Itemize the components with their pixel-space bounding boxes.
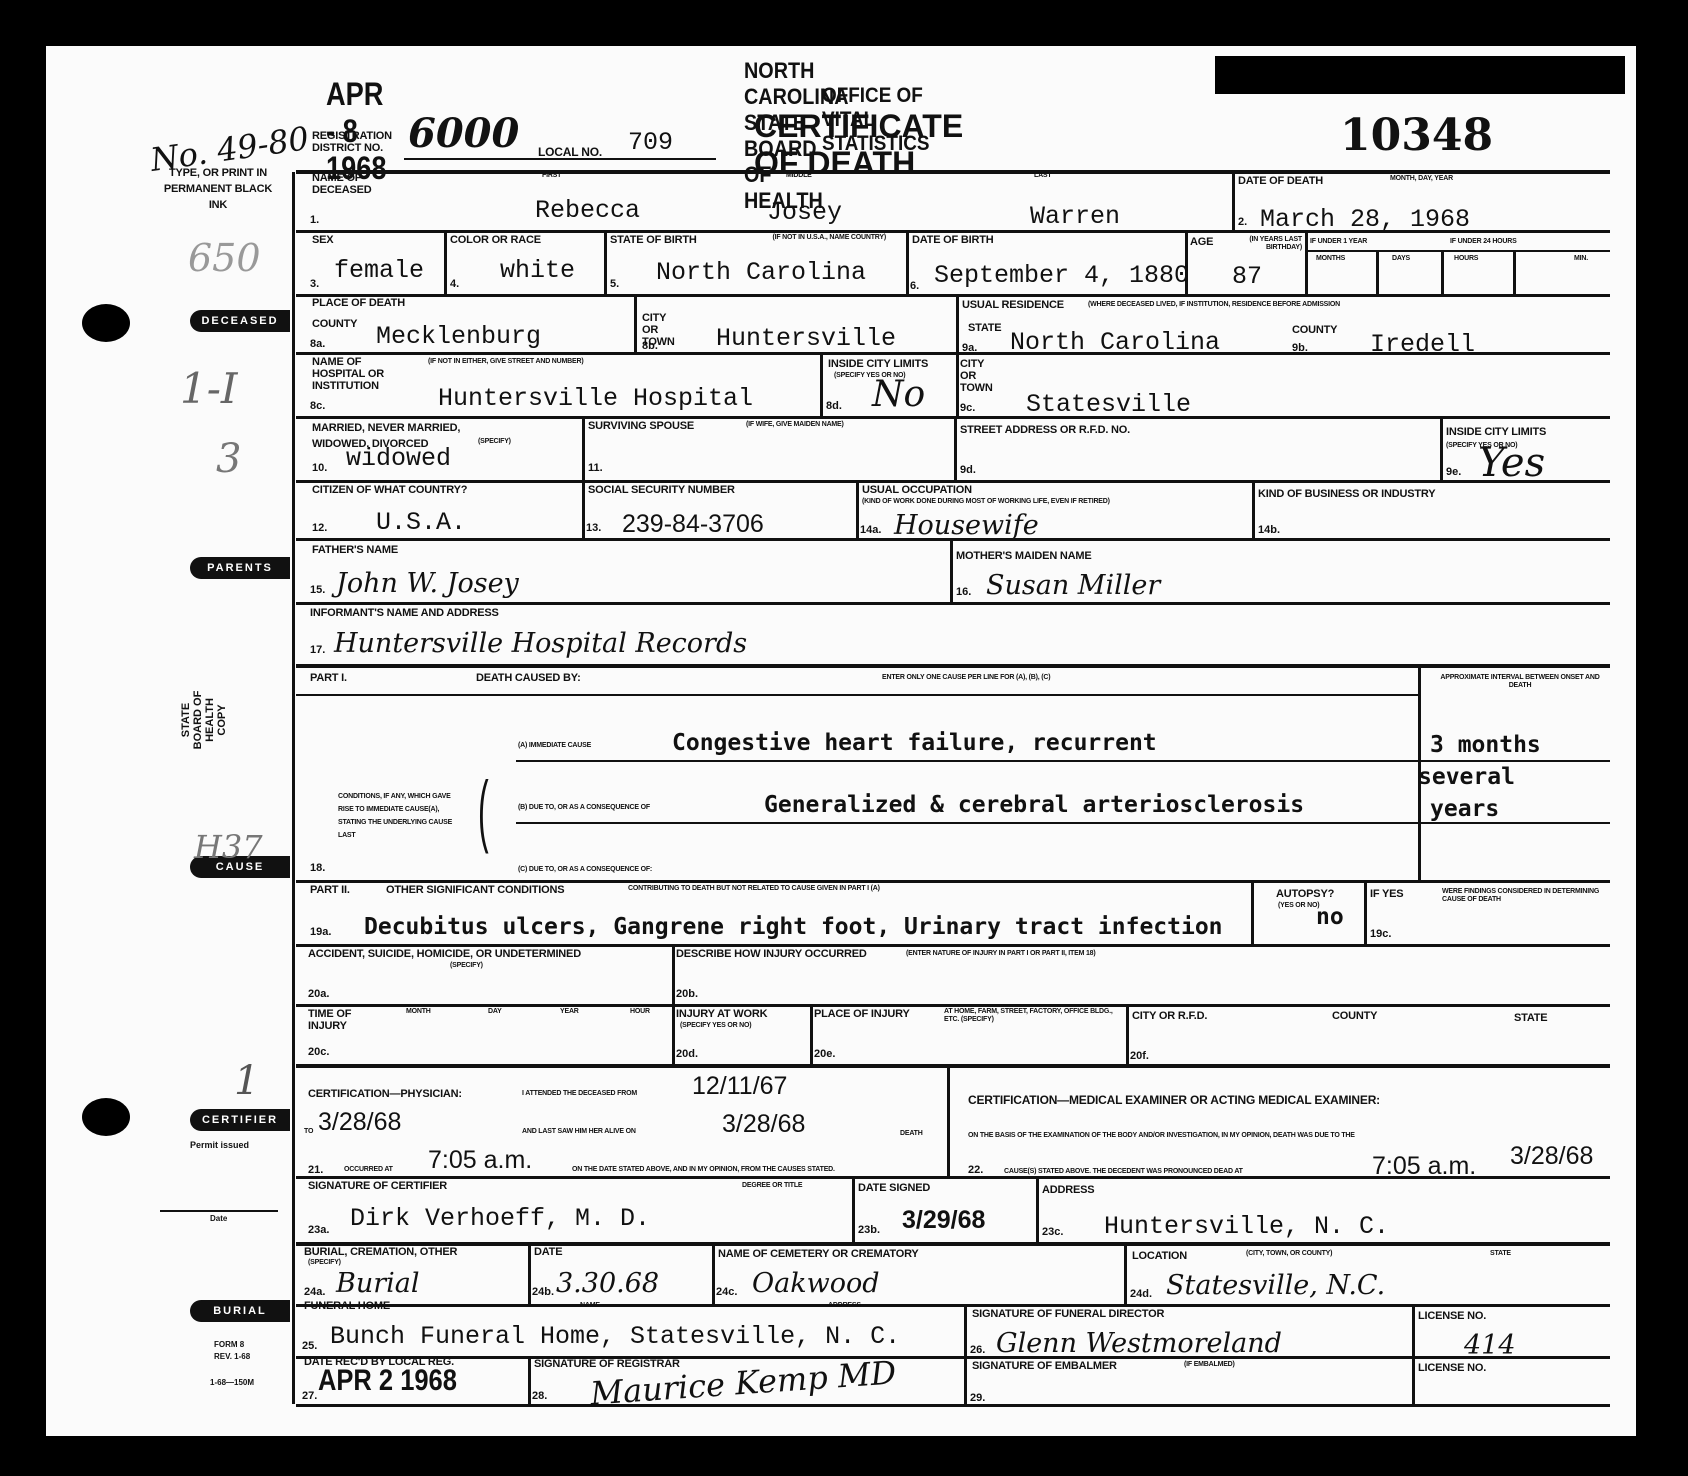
funeral-address-label: ADDRESS [828,1302,861,1310]
border [947,1068,950,1178]
immediate-interval-value: 3 months [1430,732,1541,758]
item-number: 9d. [960,464,976,476]
injury-county-label: COUNTY [1332,1010,1377,1022]
father-value: John W. Josey [336,568,519,599]
mother-label: MOTHER'S MAIDEN NAME [956,550,1092,562]
other-conditions-value: Decubitus ulcers, Gangrene right foot, U… [364,914,1223,940]
race-value: white [500,256,575,285]
place-injury-sub: AT HOME, FARM, STREET, FACTORY, OFFICE B… [944,1008,1124,1024]
usual-residence-sub: (WHERE DECEASED LIVED, IF INSTITUTION, R… [1088,301,1340,309]
underline [404,158,716,160]
date-signed-label: DATE SIGNED [858,1182,930,1194]
findings-label: IF YES [1370,888,1403,900]
hospital-label: NAME OF HOSPITAL OR INSTITUTION [312,356,408,392]
item-number: 23a. [308,1224,329,1236]
day-label: DAY [488,1008,502,1016]
hospital-sub: (IF NOT IN EITHER, GIVE STREET AND NUMBE… [428,358,583,366]
local-no-value: 709 [628,128,673,157]
usual-residence-label: USUAL RESIDENCE [962,299,1064,311]
border [296,1004,1610,1007]
border [296,1404,1610,1407]
disposition-sub: (SPECIFY) [308,1259,341,1267]
item-number: 9e. [1446,466,1461,478]
item-number: 20a. [308,988,329,1000]
certifier-address-value: Huntersville, N. C. [1104,1212,1389,1241]
border [820,354,823,416]
item-number: 25. [302,1340,317,1352]
res-city-label: CITY OR TOWN [960,358,1000,394]
conditions-note: CONDITIONS, IF ANY, WHICH GAVE RISE TO I… [338,790,454,842]
license-label: LICENSE NO. [1418,1310,1486,1322]
item-number: 8a. [310,338,325,350]
form-print-run: 1-68—150M [210,1378,254,1387]
ssn-label: SOCIAL SECURITY NUMBER [588,484,735,496]
time-injury-label: TIME OF INJURY [308,1008,368,1032]
citizen-value: U.S.A. [376,508,466,537]
state-of-birth-label: STATE OF BIRTH [610,234,697,246]
border [516,760,1418,762]
border [1036,1178,1039,1242]
injury-state-label: STATE [1514,1012,1547,1024]
part2-label: PART II. [310,884,350,896]
border [296,480,1610,483]
item-number: 3. [310,278,319,290]
item-number: 20d. [676,1048,698,1060]
funeral-director-value: Glenn Westmoreland [996,1328,1282,1359]
res-county-value: Iredell [1370,330,1475,359]
dob-label: DATE OF BIRTH [912,234,994,246]
degree-label: DEGREE OR TITLE [742,1182,802,1190]
autopsy-sub: (YES OR NO) [1278,902,1319,910]
burial-date-label: DATE [534,1246,562,1258]
item-number: 19a. [310,926,331,938]
death-county-value: Mecklenburg [376,322,541,351]
border [956,296,959,416]
item-number: 8d. [826,400,842,412]
occurred-time-value: 7:05 a.m. [428,1146,532,1175]
dob-value: September 4, 1880 [934,261,1189,290]
under-24-hours-label: IF UNDER 24 HOURS [1450,238,1517,246]
border [516,822,1418,824]
marital-sub: (SPECIFY) [478,438,511,446]
border [296,170,1610,174]
hours-label: HOURS [1454,255,1478,263]
margin-note: H37 [194,828,263,866]
embalmer-license-label: LICENSE NO. [1418,1362,1486,1374]
location-label: LOCATION [1132,1250,1187,1262]
item-number: 24a. [304,1286,325,1298]
item-number: 8c. [310,400,325,412]
attended-from-label: I ATTENDED THE DECEASED FROM [522,1090,637,1098]
item-number: 14a. [860,524,881,536]
immediate-cause-label: (a) IMMEDIATE CAUSE [518,742,591,750]
item-number: 16. [956,586,971,598]
registrar-label: SIGNATURE OF REGISTRAR [534,1358,680,1370]
item-number: 22. [968,1164,983,1176]
date-line [160,1210,278,1212]
item-number: 23c. [1042,1226,1063,1238]
margin-note: 650 [188,236,261,280]
form-number: FORM 8 [214,1340,244,1349]
item-number: 9b. [1292,342,1308,354]
item-number: 24b. [532,1286,554,1298]
border [1126,1006,1129,1064]
item-number: 24d. [1130,1288,1152,1300]
disposition-label: BURIAL, CREMATION, OTHER [304,1246,457,1258]
border [292,172,295,1404]
describe-injury-label: DESCRIBE HOW INJURY OCCURRED [676,948,867,960]
item-number: 17. [310,644,325,656]
border [296,1064,1610,1068]
margin-note: 3 [216,436,241,482]
border [1305,250,1610,252]
describe-injury-sub: (ENTER NATURE OF INJURY IN PART I OR PAR… [906,950,1096,958]
accident-sub: (SPECIFY) [450,962,483,970]
due-to-c-label: (c) DUE TO, OR AS A CONSEQUENCE OF: [518,866,652,874]
item-number: 5. [610,278,619,290]
border [1440,418,1443,480]
name-label: NAME OF DECEASED [312,172,382,196]
tab-parents: PARENTS [190,557,290,579]
item-number: 8b. [642,340,658,352]
place-of-death-label: PLACE OF DEATH [312,297,405,309]
occupation-label: USUAL OCCUPATION [862,484,972,496]
border [856,482,859,538]
date-label: Date [210,1214,227,1223]
certificate-number: 10348 [1340,110,1493,161]
inside-limits-9e-label: INSIDE CITY LIMITS [1446,426,1546,438]
under-1-year-label: IF UNDER 1 YEAR [1310,238,1367,246]
item-number: 27. [302,1390,317,1402]
occupation-value: Housewife [894,510,1039,541]
rec-by-local-value: APR 2 1968 [318,1364,457,1398]
redaction-bar [1215,56,1625,94]
months-label: MONTHS [1316,255,1345,263]
date-signed-value: 3/29/68 [902,1206,985,1235]
item-number: 6. [910,280,919,292]
border [810,1006,813,1064]
border [528,1246,531,1306]
autopsy-value: no [1316,904,1344,930]
sex-value: female [334,256,424,285]
border [1513,250,1516,294]
border [582,418,585,538]
item-number: 26. [970,1344,985,1356]
middle-name-value: Josey [767,198,842,227]
item-number: 15. [310,584,325,596]
date-of-death-label: DATE OF DEATH [1238,175,1323,187]
burial-date-value: 3.30.68 [556,1268,659,1299]
last-name-value: Warren [1030,202,1120,231]
location-sub: (CITY, TOWN, OR COUNTY) [1246,1250,1332,1258]
hour-label: HOUR [630,1008,650,1016]
state-of-birth-sub: (IF NOT IN U.S.A., NAME COUNTRY) [736,234,886,242]
border [296,944,1610,947]
middle-name-label: MIDDLE [786,172,812,180]
border [296,416,1610,419]
business-label: KIND OF BUSINESS OR INDUSTRY [1258,488,1435,500]
tab-burial: BURIAL [190,1300,290,1322]
mother-value: Susan Miller [986,570,1160,601]
item-number: 29. [970,1392,985,1404]
first-name-label: FIRST [542,172,561,180]
occupation-sub: (KIND OF WORK DONE DURING MOST OF WORKIN… [862,498,1242,506]
embalmer-label: SIGNATURE OF EMBALMER [972,1360,1117,1372]
item-number: 10. [312,462,327,474]
item-number: 9c. [960,402,975,414]
disposition-value: Burial [336,1268,420,1299]
border [296,664,1610,668]
occurred-label: OCCURRED AT [344,1166,393,1174]
location-state-label: STATE [1490,1250,1511,1258]
border [1376,250,1379,294]
item-number: 18. [310,862,325,874]
embalmer-sub: (IF EMBALMED) [1184,1361,1235,1369]
border [1418,822,1610,824]
bracket-icon: ( [478,764,489,856]
local-no-label: LOCAL NO. [538,146,602,158]
me-basis-label: ON THE BASIS OF THE EXAMINATION OF THE B… [968,1132,1355,1140]
border [634,296,637,352]
other-conditions-sub: CONTRIBUTING TO DEATH BUT NOT RELATED TO… [628,885,880,893]
me-date-value: 3/28/68 [1510,1142,1593,1171]
city-rfd-label: CITY OR R.F.D. [1132,1010,1207,1022]
due-to-b-value: Generalized & cerebral arteriosclerosis [764,792,1304,818]
border [1252,482,1255,538]
item-number: 21. [308,1164,323,1176]
border [604,232,607,294]
item-number: 20f. [1130,1050,1149,1062]
inside-limits-9e-value: Yes [1478,440,1545,486]
border [1232,172,1235,230]
last-name-label: LAST [1034,172,1051,180]
injury-work-label: INJURY AT WORK [676,1008,767,1020]
signature-label: SIGNATURE OF CERTIFIER [308,1180,447,1192]
item-number: 28. [532,1390,547,1402]
certifier-signature-value: Dirk Verhoeff, M. D. [350,1204,650,1233]
cemetery-label: NAME OF CEMETERY OR CREMATORY [718,1248,919,1260]
me-cause-stated: CAUSE(S) STATED ABOVE. THE DECEDENT WAS … [1004,1168,1243,1176]
tab-deceased: DECEASED [190,310,290,332]
border [1441,250,1444,294]
age-sub: (IN YEARS LAST BIRTHDAY) [1222,236,1302,252]
death-label: DEATH [900,1130,923,1138]
binder-hole [82,304,130,342]
age-label: AGE [1190,236,1213,248]
autopsy-label: AUTOPSY? [1276,888,1334,900]
informant-value: Huntersville Hospital Records [334,628,747,659]
margin-note: 1-I [180,364,238,413]
occurred-suffix: ON THE DATE STATED ABOVE, AND IN MY OPIN… [572,1166,835,1174]
border [906,232,909,294]
injury-work-sub: (SPECIFY YES OR NO) [680,1022,751,1030]
cemetery-value: Oakwood [752,1268,880,1299]
border [712,1246,715,1306]
hospital-value: Huntersville Hospital [438,384,753,413]
item-number: 11. [588,462,603,474]
sex-label: SEX [312,234,333,246]
border [296,1356,1610,1359]
border [296,1242,1610,1246]
form-revision: REV. 1-68 [214,1352,250,1361]
age-value: 87 [1232,262,1262,291]
border [1364,882,1367,944]
item-number: 4. [450,278,459,290]
interval-label: APPROXIMATE INTERVAL BETWEEN ONSET AND D… [1440,674,1600,690]
spouse-sub: (IF WIFE, GIVE MAIDEN NAME) [746,421,844,429]
item-number: 12. [312,522,327,534]
registration-district-value: 6000 [408,110,519,157]
race-label: COLOR OR RACE [450,234,541,246]
last-saw-label: AND LAST SAW HIM HER ALIVE ON [522,1128,636,1136]
to-label: TO [304,1128,313,1136]
funeral-home-value: Bunch Funeral Home, Statesville, N. C. [330,1322,900,1351]
due-to-b-label: (b) DUE TO, OR AS A CONSEQUENCE OF [518,804,650,812]
res-state-label: STATE [968,322,1001,334]
findings-sub: WERE FINDINGS CONSIDERED IN DETERMINING … [1442,888,1602,904]
item-number: 24c. [716,1286,737,1298]
accident-label: ACCIDENT, SUICIDE, HOMICIDE, OR UNDETERM… [308,948,581,960]
border [852,1178,855,1242]
res-state-value: North Carolina [1010,328,1220,357]
date-of-death-value: March 28, 1968 [1260,205,1470,234]
ink-instruction: TYPE, OR PRINT IN PERMANENT BLACK INK [158,165,278,213]
attended-to-value: 3/28/68 [318,1108,401,1137]
last-saw-value: 3/28/68 [722,1110,805,1139]
border [1418,760,1610,762]
part1-label: PART I. [310,672,347,684]
immediate-cause-value: Congestive heart failure, recurrent [672,730,1157,756]
item-number: 14b. [1258,524,1280,536]
physician-label: CERTIFICATION—PHYSICIAN: [308,1088,462,1100]
street-label: STREET ADDRESS OR R.F.D. No. [960,424,1130,436]
funeral-director-label: SIGNATURE OF FUNERAL DIRECTOR [972,1308,1164,1320]
certifier-address-label: ADDRESS [1042,1184,1094,1196]
item-number: 20c. [308,1046,329,1058]
border [528,1358,531,1406]
spouse-label: SURVIVING SPOUSE [588,420,694,432]
border [296,880,1610,883]
date-of-death-sub: MONTH, DAY, YEAR [1390,175,1453,183]
border [1251,882,1254,944]
border [954,418,957,480]
border [1305,232,1308,294]
state-of-birth-value: North Carolina [656,258,866,287]
registration-district-label: REGISTRATION DISTRICT NO. [312,130,402,154]
binder-hole [82,1098,130,1136]
informant-label: INFORMANT'S NAME AND ADDRESS [310,607,499,619]
item-number: 23b. [858,1224,880,1236]
item-number: 20b. [676,988,698,1000]
tab-certifier: CERTIFIER [190,1109,290,1131]
border [1124,1246,1127,1306]
attended-from-value: 12/11/67 [692,1072,787,1101]
item-number: 20e. [814,1048,835,1060]
location-value: Statesville, N.C. [1166,1270,1385,1301]
due-to-b-interval-1: several [1418,764,1515,790]
item-number: 2. [1238,216,1247,228]
border [950,540,953,602]
other-conditions-label: OTHER SIGNIFICANT CONDITIONS [386,884,564,896]
inside-limits-8d-value: No [872,374,925,415]
one-cause-note: ENTER ONLY ONE CAUSE PER LINE FOR (a), (… [882,674,1050,682]
ssn-value: 239-84-3706 [622,510,764,539]
year-label: YEAR [560,1008,579,1016]
place-injury-label: PLACE OF INJURY [814,1008,910,1020]
state-copy-label: STATE BOARD OF HEALTH COPY [180,690,260,750]
marital-value: widowed [346,444,451,473]
father-label: FATHER'S NAME [312,544,398,556]
item-number: 13. [586,522,601,534]
inside-limits-label: INSIDE CITY LIMITS [828,358,928,370]
me-time-value: 7:05 a.m. [1372,1152,1476,1181]
border [296,294,1610,297]
funeral-home-label: FUNERAL HOME [304,1300,390,1312]
permit-issued-label: Permit issued [190,1140,249,1150]
margin-note: 1 [234,1058,259,1104]
license-value: 414 [1464,1330,1516,1361]
death-caused-label: DEATH CAUSED BY: [476,672,581,684]
first-name-value: Rebecca [535,196,640,225]
citizen-label: CITIZEN OF WHAT COUNTRY? [312,484,467,496]
month-label: MONTH [406,1008,431,1016]
item-number: 9a. [962,342,977,354]
res-county-label: COUNTY [1292,324,1337,336]
border [296,694,1418,696]
item-number: 19c. [1370,928,1391,940]
item-number: 1. [310,214,319,226]
medical-examiner-label: CERTIFICATION—MEDICAL EXAMINER OR ACTING… [968,1094,1380,1106]
res-city-value: Statesville [1026,390,1191,419]
death-city-value: Huntersville [716,324,896,353]
funeral-name-label: NAME [580,1302,600,1310]
county-label: COUNTY [312,318,357,330]
border [296,602,1610,605]
days-label: DAYS [1392,255,1410,263]
min-label: MIN. [1574,255,1588,263]
border [444,232,447,294]
due-to-b-interval-2: years [1430,796,1499,822]
